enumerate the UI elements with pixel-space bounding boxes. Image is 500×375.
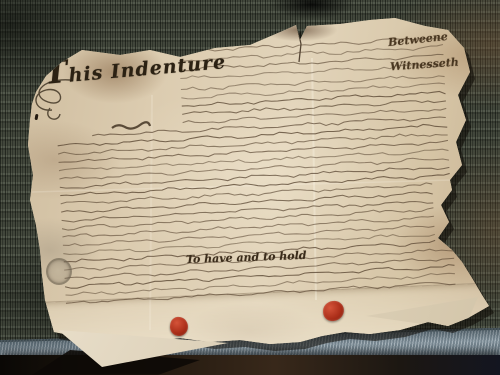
embossed-duty-stamp — [46, 258, 72, 285]
photo-of-parchment-document: This Indenture Betweene Witnesseth To ha… — [0, 0, 500, 375]
bold-name-word — [112, 122, 150, 128]
parchment-document: This Indenture Betweene Witnesseth To ha… — [0, 0, 500, 375]
